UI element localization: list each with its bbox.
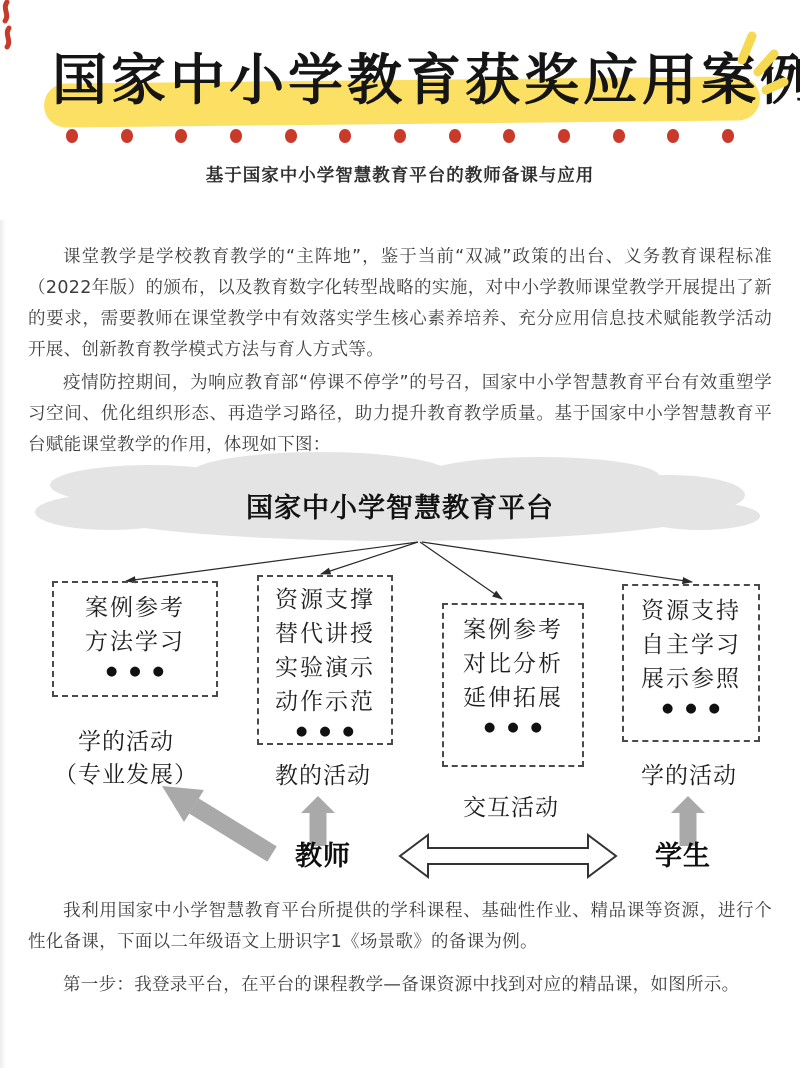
box-line: 动作示范 <box>259 685 391 719</box>
red-dot <box>449 129 461 143</box>
box-line: 实验演示 <box>259 651 391 685</box>
red-dot <box>613 129 625 143</box>
diagram-box-case-analysis: 案例参考 对比分析 延伸拓展 ●●● <box>442 603 584 767</box>
actor-teacher: 教师 <box>284 834 362 873</box>
diagram-box-resource-selfstudy: 资源支持 自主学习 展示参照 ●●● <box>622 584 760 742</box>
red-dot <box>503 129 515 143</box>
paragraph-usage: 我利用国家中小学智慧教育平台所提供的学科课程、基础性作业、精品课等资源，进行个性… <box>28 896 772 958</box>
diagram-box-resource-teach: 资源支撑 替代讲授 实验演示 动作示范 ●●● <box>257 575 393 745</box>
platform-label: 国家中小学智慧教育平台 <box>0 486 800 525</box>
box-line: 替代讲授 <box>259 617 391 651</box>
label-line: 学的活动 <box>30 726 222 759</box>
paragraph-intro: 课堂教学是学校教育教学的“主阵地”，鉴于当前“双减”政策的出台、义务教育课程标准… <box>28 242 772 366</box>
red-dot <box>722 129 734 143</box>
red-dot <box>558 129 570 143</box>
box-line: 自主学习 <box>624 628 758 662</box>
box-line: 案例参考 <box>54 591 216 625</box>
box-line: 延伸拓展 <box>444 681 582 715</box>
document-subtitle: 基于国家中小学智慧教育平台的教师备课与应用 <box>0 162 800 187</box>
red-dots-row <box>66 128 734 144</box>
ellipsis-dots: ●●● <box>624 696 758 722</box>
label-interaction-activity: 交互活动 <box>444 792 578 825</box>
box-line: 对比分析 <box>444 647 582 681</box>
red-dot <box>339 129 351 143</box>
sparkle-icon <box>722 28 794 112</box>
actor-student: 学生 <box>648 834 718 873</box>
red-dot <box>66 129 78 143</box>
box-line: 资源支持 <box>624 594 758 628</box>
red-squiggle-icon <box>0 0 22 60</box>
label-line: （专业发展） <box>30 759 222 792</box>
red-dot <box>230 129 242 143</box>
label-learning-activity-right: 学的活动 <box>622 760 756 793</box>
red-dot <box>394 129 406 143</box>
poster-page: 国家中小学教育获奖应用案例 基于国家中小学智慧教育平台的教师备课与应用 课堂教学… <box>0 0 800 1068</box>
paragraph-step1: 第一步：我登录平台，在平台的课程教学—备课资源中找到对应的精品课，如图所示。 <box>28 970 772 1001</box>
label-teaching-activity: 教的活动 <box>254 760 392 793</box>
ellipsis-dots: ●●● <box>444 715 582 741</box>
box-line: 资源支撑 <box>259 583 391 617</box>
page-title: 国家中小学教育获奖应用案例 <box>52 42 764 118</box>
ellipsis-dots: ●●● <box>54 659 216 685</box>
interaction-arrow <box>400 835 616 877</box>
gray-arrows <box>162 786 705 854</box>
red-dot <box>121 129 133 143</box>
diagram-box-case-method: 案例参考 方法学习 ●●● <box>52 581 218 697</box>
paragraph-pandemic: 疫情防控期间，为响应教育部“停课不停学”的号召，国家中小学智慧教育平台有效重塑学… <box>28 368 772 461</box>
box-line: 案例参考 <box>444 613 582 647</box>
box-line: 方法学习 <box>54 625 216 659</box>
red-dot <box>175 129 187 143</box>
box-line: 展示参照 <box>624 662 758 696</box>
red-dot <box>285 129 297 143</box>
ellipsis-dots: ●●● <box>259 719 391 745</box>
label-learning-activity-left: 学的活动 （专业发展） <box>30 726 222 792</box>
red-dot <box>667 129 679 143</box>
